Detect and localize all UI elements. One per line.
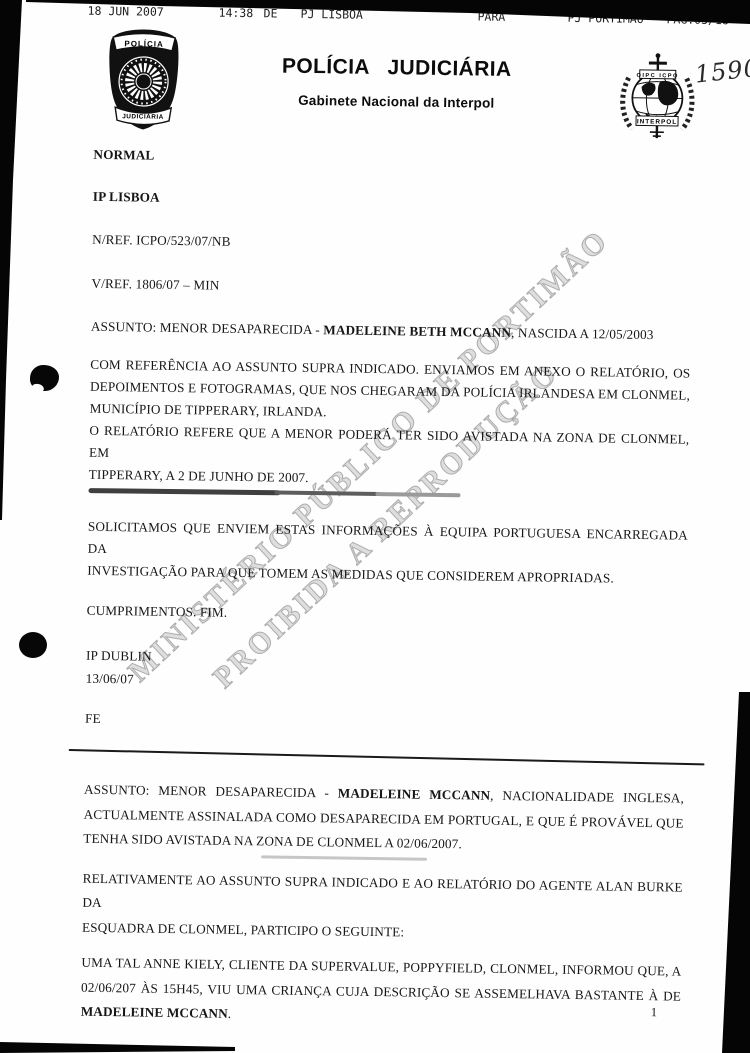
handwritten-folio-number: 1590 <box>693 54 750 89</box>
subject-line-1: ASSUNTO: MENOR DESAPARECIDA - MADELEINE … <box>91 316 691 347</box>
hole-punch-mark-top <box>30 365 59 391</box>
operator-initials: FE <box>85 708 685 739</box>
paragraph-1: COM REFERÊNCIA AO ASSUNTO SUPRA INDICADO… <box>89 354 691 495</box>
interpol-top-band-text: OIPC ICPO <box>636 73 678 80</box>
priority-label: NORMAL <box>93 144 693 175</box>
interpol-bottom-band-text: INTERPOL <box>637 118 677 126</box>
letterhead: POLÍCIA JUDICIÁRIA Gabinete Nacional da … <box>231 54 562 112</box>
text-line: ASSUNTO: MENOR DESAPARECIDA - MADELEINE … <box>91 316 691 347</box>
fax-date: 18 JUN 2007 <box>88 4 164 19</box>
paragraph-3: RELATIVAMENTE AO ASSUNTO SUPRA INDICADO … <box>82 866 683 948</box>
our-reference: N/REF. ICPO/523/07/NB <box>92 229 692 260</box>
paragraph-4: UMA TAL ANNE KIELY, CLIENTE DA SUPERVALU… <box>81 951 682 1033</box>
scanned-document-page: 18 JUN 2007 14:38 DE PJ LISBOA PARA PJ P… <box>0 0 750 1053</box>
interpol-emblem-icon: OIPC ICPO INTERPOL <box>610 49 705 147</box>
subject-line-2: ASSUNTO: MENOR DESAPARECIDA - MADELEINE … <box>83 778 684 860</box>
origin-label: IP LISBOA <box>93 186 693 217</box>
document-body: NORMAL IP LISBOA N/REF. ICPO/523/07/NB V… <box>81 144 694 1033</box>
page-subtitle: Gabinete Nacional da Interpol <box>231 92 561 112</box>
badge-top-ribbon-text: POLÍCIA <box>124 39 164 49</box>
hole-punch-mark-bottom <box>19 632 47 658</box>
policia-judiciaria-badge-icon: POLÍCIA JUDICIÁRIA <box>99 26 189 138</box>
your-reference: V/REF. 1806/07 – MIN <box>91 273 691 304</box>
closing-line: CUMPRIMENTOS. FIM. <box>87 600 687 631</box>
paragraph-2: SOLICITAMOS QUE ENVIEM ESTAS INFORMAÇÕES… <box>87 516 688 591</box>
page-title: POLÍCIA JUDICIÁRIA <box>232 54 562 83</box>
page-number: 1 <box>651 1005 657 1020</box>
text-line: RELATIVAMENTE AO ASSUNTO SUPRA INDICADO … <box>82 866 683 924</box>
section-divider <box>69 749 705 765</box>
